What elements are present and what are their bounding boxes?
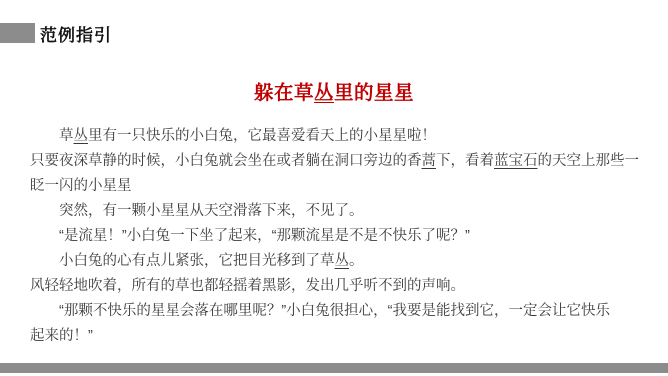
text-line: 小白兔的心有点儿紧张，它把目光移到了草丛。 bbox=[30, 249, 646, 274]
text-line: “那颗不快乐的星星会落在哪里呢？”小白兔很担心，“我要是能找到它，一定会让它快乐 bbox=[30, 299, 646, 324]
body-text: 草丛里有一只快乐的小白兔，它最喜爱看天上的小星星啦！只要夜深草静的时候，小白兔就… bbox=[30, 124, 646, 349]
text-segment: 突然，有一颗小星星从天空滑落下来，不见了。 bbox=[59, 203, 364, 219]
text-segment: 。 bbox=[349, 253, 364, 269]
text-segment: 小白兔的心有点儿紧张，它把目光移到了草 bbox=[59, 253, 335, 269]
text-segment: “是流星！”小白兔一下坐了起来，“那颗流星是不是不快乐了呢？” bbox=[59, 228, 470, 244]
section-header-label: 范例指引 bbox=[40, 21, 112, 46]
text-line: 突然，有一颗小星星从天空滑落下来，不见了。 bbox=[30, 199, 646, 224]
text-segment: 丛 bbox=[314, 82, 334, 104]
slide-title: 躲在草丛里的星星 bbox=[0, 77, 668, 105]
text-segment: 蒿 bbox=[422, 153, 437, 169]
text-line: “是流星！”小白兔一下坐了起来，“那颗流星是不是不快乐了呢？” bbox=[30, 224, 646, 249]
text-segment: 里有一只快乐的小白兔，它最喜爱看天上的小星星啦！ bbox=[88, 128, 436, 144]
text-segment: 的天空上那些一 bbox=[538, 153, 640, 169]
footer-bar bbox=[0, 363, 668, 373]
text-segment: 蓝宝石 bbox=[494, 153, 538, 169]
header-accent-rect bbox=[0, 23, 35, 43]
text-line: 起来的！” bbox=[30, 324, 646, 349]
text-segment: 眨一闪的小星星 bbox=[30, 178, 132, 194]
text-line: 草丛里有一只快乐的小白兔，它最喜爱看天上的小星星啦！ bbox=[30, 124, 646, 149]
text-segment: 只要夜深草静的时候，小白兔就会坐在或者躺在洞口旁边的香 bbox=[30, 153, 422, 169]
text-segment: 丛 bbox=[335, 253, 350, 269]
slide: 范例指引 躲在草丛里的星星 草丛里有一只快乐的小白兔，它最喜爱看天上的小星星啦！… bbox=[0, 0, 668, 376]
text-segment: 躲在草 bbox=[254, 82, 314, 104]
text-segment: 里的星星 bbox=[334, 82, 414, 104]
text-segment: 丛 bbox=[74, 128, 89, 144]
text-segment: 起来的！” bbox=[30, 328, 93, 344]
text-segment: 下，看着 bbox=[436, 153, 494, 169]
text-line: 眨一闪的小星星 bbox=[30, 174, 646, 199]
text-line: 风轻轻地吹着，所有的草也都轻摇着黑影，发出几乎听不到的声响。 bbox=[30, 274, 646, 299]
text-segment: 草 bbox=[59, 128, 74, 144]
text-segment: “那颗不快乐的星星会落在哪里呢？”小白兔很担心，“我要是能找到它，一定会让它快乐 bbox=[59, 303, 610, 319]
text-segment: 风轻轻地吹着，所有的草也都轻摇着黑影，发出几乎听不到的声响。 bbox=[30, 278, 465, 294]
text-line: 只要夜深草静的时候，小白兔就会坐在或者躺在洞口旁边的香蒿下，看着蓝宝石的天空上那… bbox=[30, 149, 646, 174]
